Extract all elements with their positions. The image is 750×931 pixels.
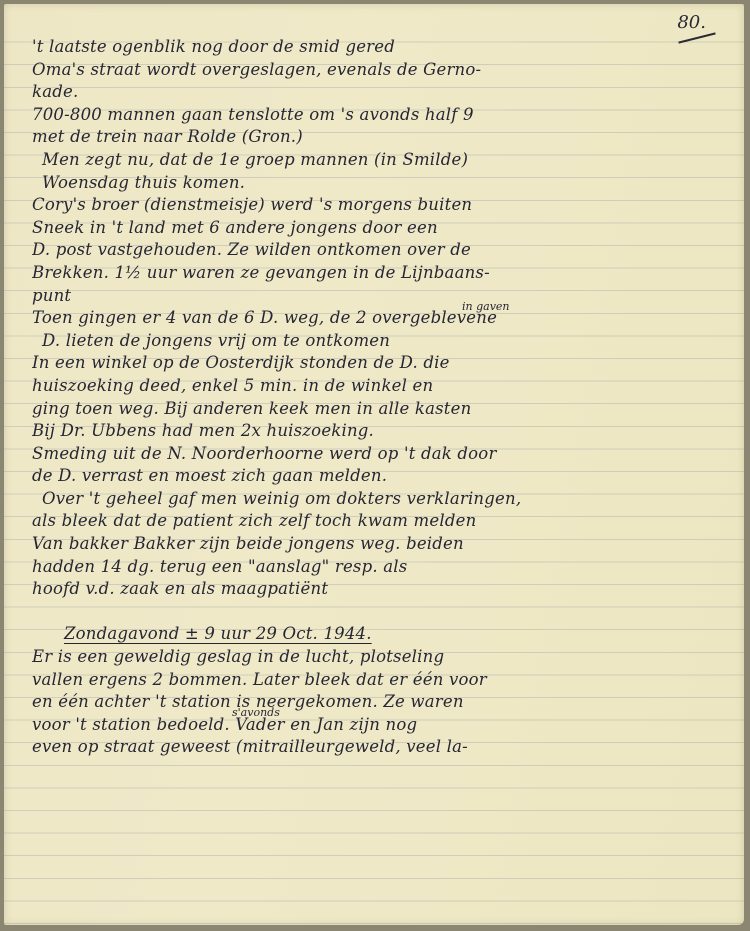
text-line: als bleek dat de patient zich zelf toch … <box>32 510 722 533</box>
text-line: ging toen weg. Bij anderen keek men in a… <box>32 398 722 421</box>
text-line: hadden 14 dg. terug een "aanslag" resp. … <box>32 556 722 579</box>
text-line: vallen ergens 2 bommen. Later bleek dat … <box>32 669 722 692</box>
text-line: Cory's broer (dienstmeisje) werd 's morg… <box>32 194 722 217</box>
text-line: Toen gingen er 4 van de 6 D. weg, de 2 o… <box>32 307 722 330</box>
blank-line <box>32 601 722 624</box>
text-line: punt <box>32 285 722 308</box>
text-line: hoofd v.d. zaak en als maagpatiënt <box>32 578 722 601</box>
text-line: Van bakker Bakker zijn beide jongens weg… <box>32 533 722 556</box>
text-line: Smeding uit de N. Noorderhoorne werd op … <box>32 443 722 466</box>
entry-date-heading: Zondagavond ± 9 uur 29 Oct. 1944. <box>64 624 372 643</box>
page-number: 80. <box>677 12 706 33</box>
text-line: de D. verrast en moest zich gaan melden. <box>32 465 722 488</box>
text-line: Men zegt nu, dat de 1e groep mannen (in … <box>32 149 722 172</box>
text-line: In een winkel op de Oosterdijk stonden d… <box>32 352 722 375</box>
text-line: met de trein naar Rolde (Gron.) <box>32 126 722 149</box>
text-line: Brekken. 1½ uur waren ze gevangen in de … <box>32 262 722 285</box>
diary-page: 80. in gaven s'avonds 't laatste ogenbli… <box>4 4 744 925</box>
text-line: even op straat geweest (mitrailleurgewel… <box>32 736 722 759</box>
text-line: Woensdag thuis komen. <box>32 172 722 195</box>
text-line: Over 't geheel gaf men weinig om dokters… <box>32 488 722 511</box>
text-line: D. post vastgehouden. Ze wilden ontkomen… <box>32 239 722 262</box>
text-line: kade. <box>32 81 722 104</box>
text-line: Oma's straat wordt overgeslagen, evenals… <box>32 59 722 82</box>
entry-heading: Zondagavond ± 9 uur 29 Oct. 1944. <box>32 623 722 646</box>
text-line: Sneek in 't land met 6 andere jongens do… <box>32 217 722 240</box>
text-line: 't laatste ogenblik nog door de smid ger… <box>32 36 722 59</box>
text-line: Er is een geweldig geslag in de lucht, p… <box>32 646 722 669</box>
text-line: huiszoeking deed, enkel 5 min. in de win… <box>32 375 722 398</box>
text-line: voor 't station bedoeld. Vader en Jan zi… <box>32 714 722 737</box>
text-line: en één achter 't station is neergekomen.… <box>32 691 722 714</box>
text-line: Bij Dr. Ubbens had men 2x huiszoeking. <box>32 420 722 443</box>
text-line: 700-800 mannen gaan tenslotte om 's avon… <box>32 104 722 127</box>
handwritten-text: 't laatste ogenblik nog door de smid ger… <box>32 36 722 759</box>
text-line: D. lieten de jongens vrij om te ontkomen <box>32 330 722 353</box>
